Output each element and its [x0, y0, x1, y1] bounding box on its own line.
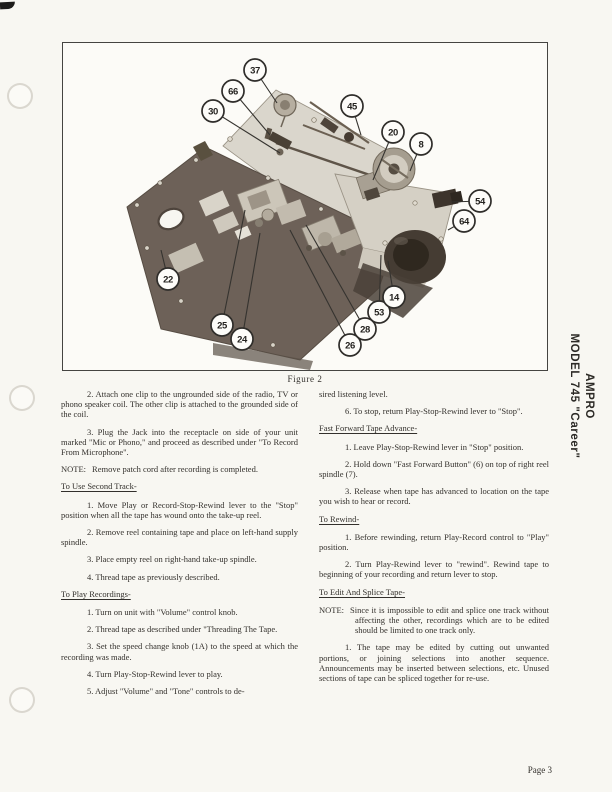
body-paragraph: 3. Release when tape has advanced to loc… [319, 486, 549, 506]
body-paragraph: 1. Turn on unit with "Volume" control kn… [61, 607, 298, 617]
body-paragraph: 1. The tape may be edited by cutting out… [319, 642, 549, 683]
svg-text:8: 8 [419, 140, 424, 151]
section-heading: To Use Second Track- [61, 481, 298, 491]
body-paragraph: 6. To stop, return Play-Stop-Rewind leve… [319, 406, 549, 416]
svg-text:54: 54 [475, 197, 486, 208]
svg-text:22: 22 [163, 275, 173, 286]
note-paragraph: NOTE:Remove patch cord after recording i… [61, 464, 298, 474]
body-paragraph: 3. Plug the Jack into the receptacle on … [61, 427, 298, 458]
scan-corner-mark [0, 2, 15, 10]
section-heading: To Rewind- [319, 514, 549, 524]
body-paragraph: 2. Attach one clip to the ungrounded sid… [61, 389, 298, 420]
body-paragraph: 4. Turn Play-Stop-Rewind lever to play. [61, 669, 298, 679]
section-heading: Fast Forward Tape Advance- [319, 423, 549, 433]
tape-mechanism-photo: 37663045208546422252426285314 [63, 43, 547, 370]
body-paragraph: 3. Place empty reel on right-hand take-u… [61, 554, 298, 564]
body-paragraph: 1. Leave Play-Stop-Rewind lever in "Stop… [319, 442, 549, 452]
body-paragraph: 2. Remove reel containing tape and place… [61, 527, 298, 547]
svg-text:30: 30 [208, 107, 218, 118]
svg-text:53: 53 [374, 308, 384, 319]
note-label: NOTE: [61, 464, 92, 474]
svg-text:26: 26 [345, 341, 355, 352]
manual-page: 37663045208546422252426285314 Figure 2 2… [0, 0, 612, 792]
punch-hole [7, 83, 33, 109]
left-column: 2. Attach one clip to the ungrounded sid… [61, 389, 298, 703]
svg-text:14: 14 [389, 293, 400, 304]
note-label: NOTE: [319, 605, 350, 615]
punch-hole [9, 687, 35, 713]
body-text-columns: 2. Attach one clip to the ungrounded sid… [61, 389, 549, 703]
figure-2-frame: 37663045208546422252426285314 [62, 42, 548, 371]
body-paragraph: 1. Before rewinding, return Play-Record … [319, 532, 549, 552]
svg-text:24: 24 [237, 335, 248, 346]
body-paragraph: 2. Hold down "Fast Forward Button" (6) o… [319, 459, 549, 479]
svg-text:37: 37 [250, 66, 260, 77]
sidebar-brand: AMPRO [581, 321, 596, 471]
svg-text:45: 45 [347, 102, 358, 113]
body-paragraph: 1. Move Play or Record-Stop-Rewind lever… [61, 500, 298, 520]
section-heading: To Edit And Splice Tape- [319, 587, 549, 597]
right-column: sired listening level.6. To stop, return… [319, 389, 549, 703]
svg-text:64: 64 [459, 217, 470, 228]
body-paragraph: 4. Thread tape as previously described. [61, 572, 298, 582]
figure-caption: Figure 2 [62, 374, 548, 384]
body-paragraph: 2. Thread tape as described under "Threa… [61, 624, 298, 634]
punch-hole [9, 385, 35, 411]
sidebar-model-label: AMPRO MODEL 745 "Career" [566, 321, 596, 471]
svg-text:28: 28 [360, 325, 370, 336]
body-paragraph: sired listening level. [319, 389, 549, 399]
body-paragraph: 5. Adjust "Volume" and "Tone" controls t… [61, 686, 298, 696]
body-paragraph: 2. Turn Play-Rewind lever to "rewind". R… [319, 559, 549, 579]
svg-text:25: 25 [217, 321, 228, 332]
section-heading: To Play Recordings- [61, 589, 298, 599]
body-paragraph: 3. Set the speed change knob (1A) to the… [61, 641, 298, 661]
svg-text:66: 66 [228, 87, 238, 98]
sidebar-model: MODEL 745 "Career" [566, 321, 581, 471]
page-number: Page 3 [430, 765, 552, 775]
svg-text:20: 20 [388, 128, 398, 139]
note-paragraph: NOTE:Since it is impossible to edit and … [319, 605, 549, 636]
